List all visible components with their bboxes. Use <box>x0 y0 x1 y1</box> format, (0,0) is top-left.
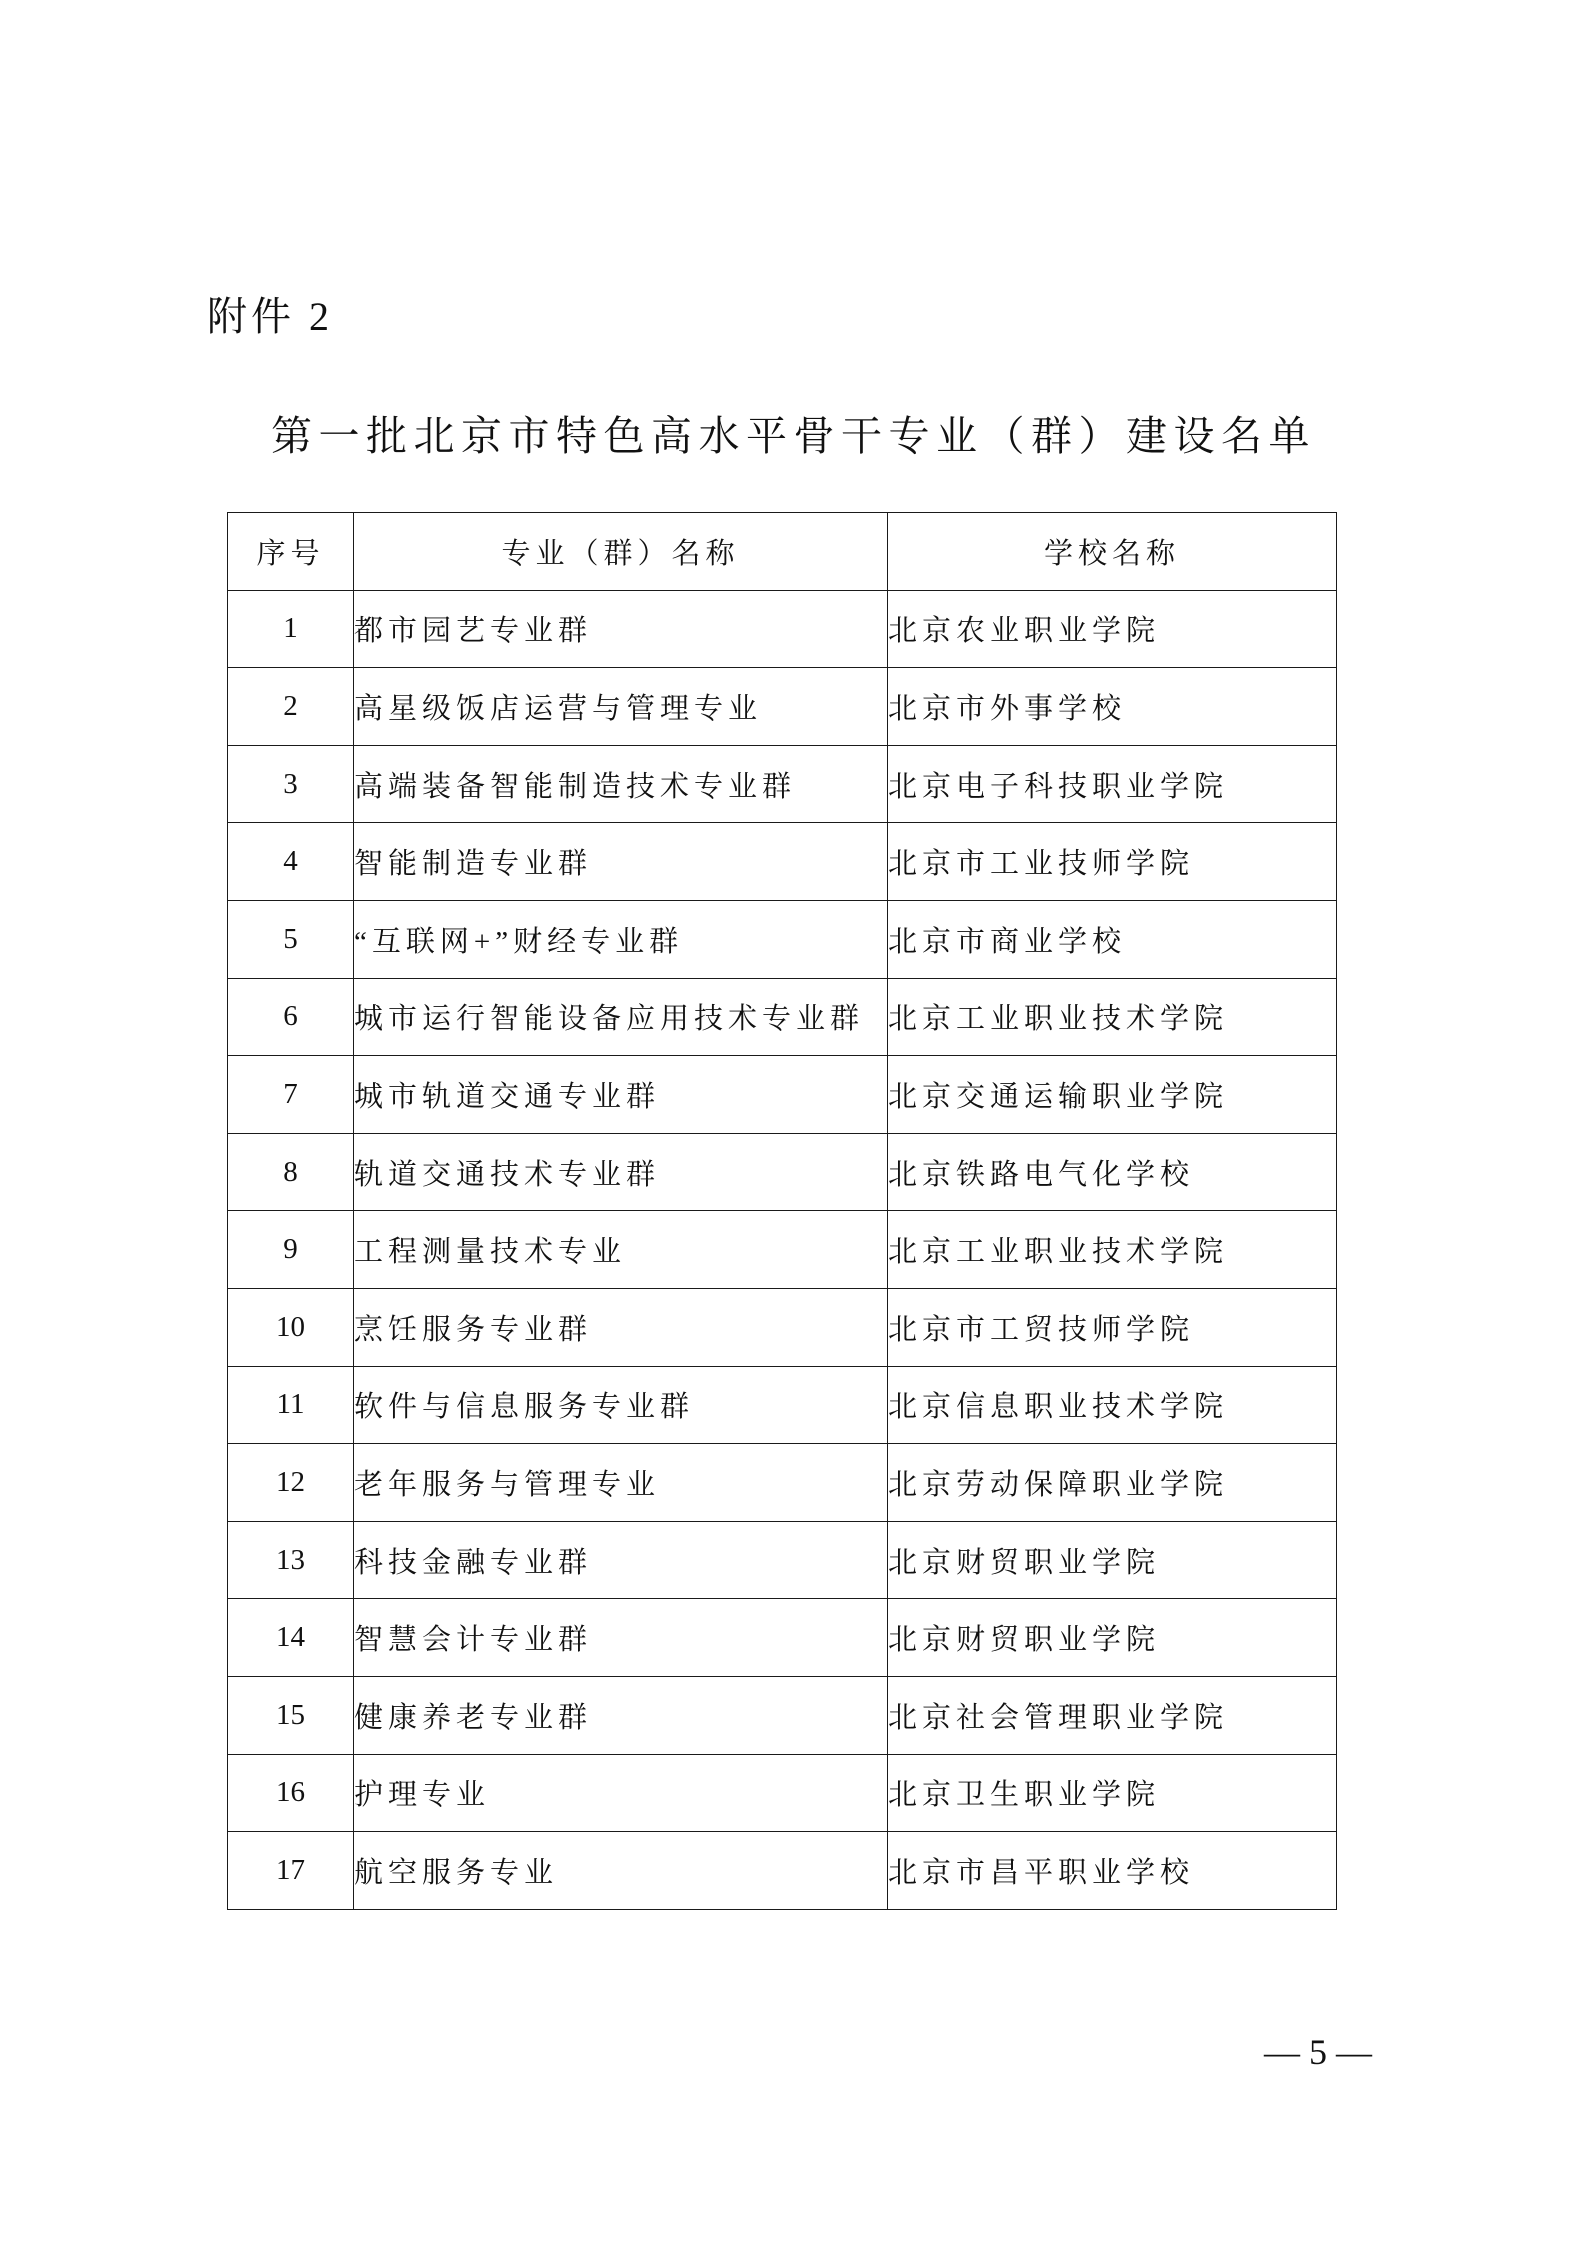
row-index: 8 <box>228 1133 354 1211</box>
row-major-name: 航空服务专业 <box>354 1832 888 1910</box>
row-school-name: 北京交通运输职业学院 <box>888 1056 1337 1134</box>
table-row: 15 健康养老专业群 北京社会管理职业学院 <box>228 1676 1337 1754</box>
table-row: 8 轨道交通技术专业群 北京铁路电气化学校 <box>228 1133 1337 1211</box>
row-major-name: 城市运行智能设备应用技术专业群 <box>354 978 888 1056</box>
row-index: 10 <box>228 1288 354 1366</box>
program-list-table: 序号 专业（群）名称 学校名称 1 都市园艺专业群 北京农业职业学院 2 高星级… <box>227 512 1337 1910</box>
page-number: — 5 — <box>1250 2030 1386 2074</box>
row-index: 6 <box>228 978 354 1056</box>
row-major-name: 工程测量技术专业 <box>354 1211 888 1289</box>
table-row: 16 护理专业 北京卫生职业学院 <box>228 1754 1337 1832</box>
header-major-name: 专业（群）名称 <box>354 513 888 591</box>
table-row: 12 老年服务与管理专业 北京劳动保障职业学院 <box>228 1444 1337 1522</box>
table-row: 5 “互联网+”财经专业群 北京市商业学校 <box>228 900 1337 978</box>
row-school-name: 北京市昌平职业学校 <box>888 1832 1337 1910</box>
table-row: 17 航空服务专业 北京市昌平职业学校 <box>228 1832 1337 1910</box>
row-school-name: 北京卫生职业学院 <box>888 1754 1337 1832</box>
row-major-name: 轨道交通技术专业群 <box>354 1133 888 1211</box>
document-title: 第一批北京市特色高水平骨干专业（群）建设名单 <box>0 408 1587 464</box>
row-major-name: 高星级饭店运营与管理专业 <box>354 668 888 746</box>
row-major-name: 老年服务与管理专业 <box>354 1444 888 1522</box>
row-index: 7 <box>228 1056 354 1134</box>
attachment-label: 附件 2 <box>207 292 333 342</box>
header-index: 序号 <box>228 513 354 591</box>
row-index: 4 <box>228 823 354 901</box>
row-school-name: 北京农业职业学院 <box>888 590 1337 668</box>
row-major-name: 烹饪服务专业群 <box>354 1288 888 1366</box>
table-header-row: 序号 专业（群）名称 学校名称 <box>228 513 1337 591</box>
row-major-name: 智能制造专业群 <box>354 823 888 901</box>
row-major-name: 都市园艺专业群 <box>354 590 888 668</box>
row-school-name: 北京电子科技职业学院 <box>888 745 1337 823</box>
row-major-name: “互联网+”财经专业群 <box>354 900 888 978</box>
row-index: 12 <box>228 1444 354 1522</box>
row-school-name: 北京财贸职业学院 <box>888 1521 1337 1599</box>
table-row: 14 智慧会计专业群 北京财贸职业学院 <box>228 1599 1337 1677</box>
table-row: 1 都市园艺专业群 北京农业职业学院 <box>228 590 1337 668</box>
row-index: 2 <box>228 668 354 746</box>
table-row: 11 软件与信息服务专业群 北京信息职业技术学院 <box>228 1366 1337 1444</box>
row-school-name: 北京工业职业技术学院 <box>888 1211 1337 1289</box>
table-row: 10 烹饪服务专业群 北京市工贸技师学院 <box>228 1288 1337 1366</box>
table-row: 2 高星级饭店运营与管理专业 北京市外事学校 <box>228 668 1337 746</box>
row-index: 3 <box>228 745 354 823</box>
row-index: 14 <box>228 1599 354 1677</box>
table-row: 6 城市运行智能设备应用技术专业群 北京工业职业技术学院 <box>228 978 1337 1056</box>
row-school-name: 北京市工贸技师学院 <box>888 1288 1337 1366</box>
row-index: 17 <box>228 1832 354 1910</box>
row-index: 13 <box>228 1521 354 1599</box>
table-row: 4 智能制造专业群 北京市工业技师学院 <box>228 823 1337 901</box>
table-row: 13 科技金融专业群 北京财贸职业学院 <box>228 1521 1337 1599</box>
row-major-name: 健康养老专业群 <box>354 1676 888 1754</box>
row-school-name: 北京市外事学校 <box>888 668 1337 746</box>
table-row: 3 高端装备智能制造技术专业群 北京电子科技职业学院 <box>228 745 1337 823</box>
row-school-name: 北京财贸职业学院 <box>888 1599 1337 1677</box>
row-school-name: 北京工业职业技术学院 <box>888 978 1337 1056</box>
row-index: 15 <box>228 1676 354 1754</box>
row-index: 5 <box>228 900 354 978</box>
row-major-name: 高端装备智能制造技术专业群 <box>354 745 888 823</box>
row-index: 9 <box>228 1211 354 1289</box>
row-school-name: 北京市工业技师学院 <box>888 823 1337 901</box>
table-row: 9 工程测量技术专业 北京工业职业技术学院 <box>228 1211 1337 1289</box>
row-major-name: 智慧会计专业群 <box>354 1599 888 1677</box>
row-school-name: 北京劳动保障职业学院 <box>888 1444 1337 1522</box>
row-school-name: 北京市商业学校 <box>888 900 1337 978</box>
row-index: 11 <box>228 1366 354 1444</box>
row-school-name: 北京信息职业技术学院 <box>888 1366 1337 1444</box>
row-school-name: 北京铁路电气化学校 <box>888 1133 1337 1211</box>
row-major-name: 科技金融专业群 <box>354 1521 888 1599</box>
row-major-name: 护理专业 <box>354 1754 888 1832</box>
row-index: 1 <box>228 590 354 668</box>
header-school-name: 学校名称 <box>888 513 1337 591</box>
row-index: 16 <box>228 1754 354 1832</box>
row-school-name: 北京社会管理职业学院 <box>888 1676 1337 1754</box>
row-major-name: 软件与信息服务专业群 <box>354 1366 888 1444</box>
row-major-name: 城市轨道交通专业群 <box>354 1056 888 1134</box>
table-row: 7 城市轨道交通专业群 北京交通运输职业学院 <box>228 1056 1337 1134</box>
